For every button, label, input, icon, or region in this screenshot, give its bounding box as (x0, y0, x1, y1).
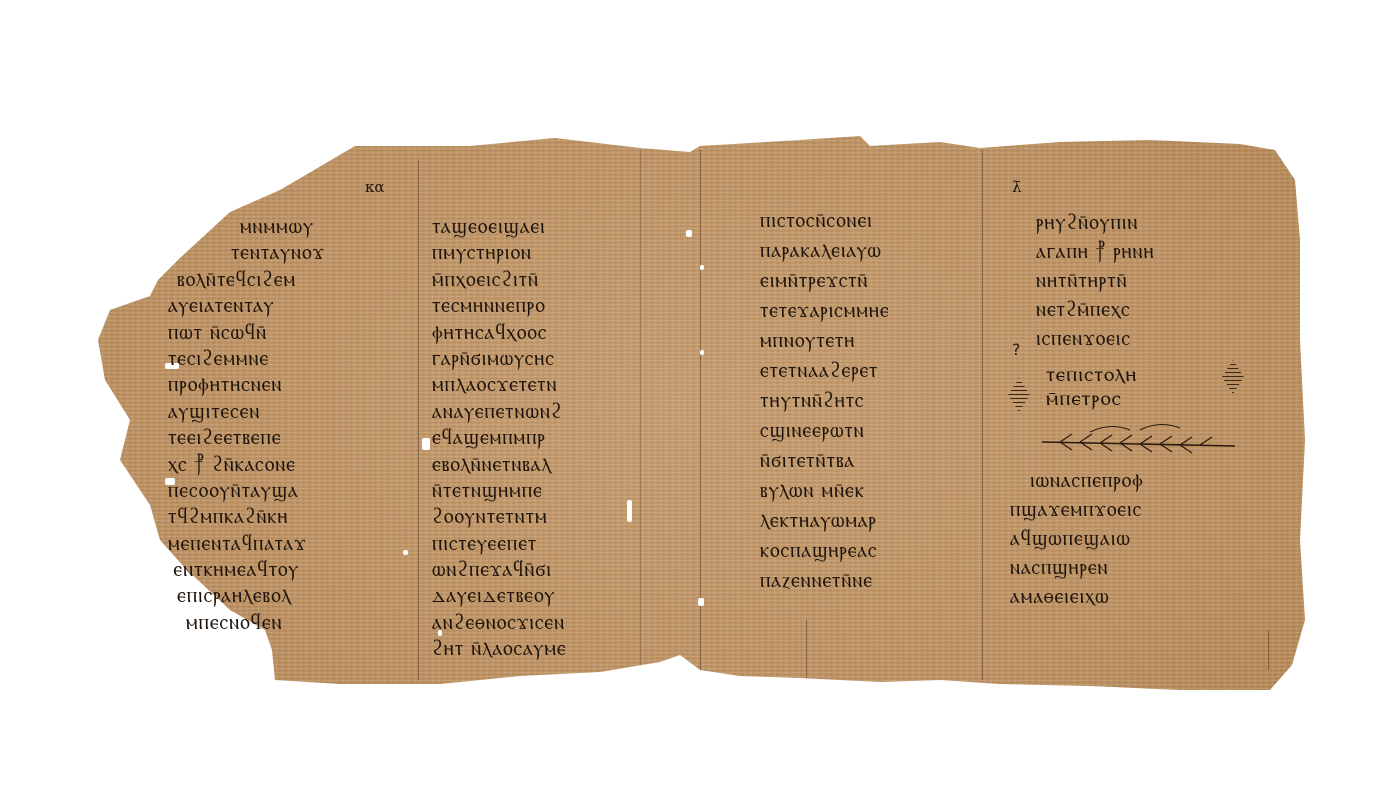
page-number-left: κα (365, 178, 385, 196)
crack-line (1268, 630, 1269, 670)
text-line: ⲧⲉⲥⲙⲏⲛⲛⲉⲡⲣⲟ (432, 293, 567, 319)
text-line: ⲥϣⲓⲛⲉⲉⲣⲱⲧⲛ (760, 416, 890, 446)
text-column-4-bottom: ⲓⲱⲛⲁⲥⲡⲉⲡⲣⲟⲫ ⲡϣⲁϫⲉⲙⲡϫⲟⲉⲓⲥ ⲁϥϣⲱⲡⲉϣⲁⲓⲱ ⲛⲁⲥⲡ… (1030, 466, 1157, 611)
question-mark-glyph: ? (1012, 340, 1021, 359)
kollesis-seam (418, 160, 419, 680)
text-line: ⲱⲛϩⲡⲉϫⲁϥⲛ̄ϭⲓ (432, 557, 567, 583)
text-line: ⲙⲡⲗⲁⲟⲥϫⲉⲧⲉⲧⲛ (432, 372, 567, 398)
text-line: ⲧⲉⲧⲉϫⲁⲣⲓⲥⲙⲙⲏⲉ (760, 296, 890, 326)
text-line: ⲡⲁⲣⲁⲕⲁⲗⲉⲓⲁⲩⲱ (760, 236, 890, 266)
papyrus-hole (698, 598, 704, 606)
text-line: ⲧⲏⲩⲧⲛⲛ̄ϩⲏⲧⲥ (760, 386, 890, 416)
text-line: ⲡⲓⲥⲧⲟⲥⲛ̄ⲥⲟⲛⲉⲓ (760, 206, 890, 236)
text-line: ϩⲟⲟⲩⲛⲧⲉⲧⲛⲧⲙ (432, 504, 567, 530)
text-line: ⲇⲁⲩⲉⲓⲇⲉⲧⲃⲉⲟⲩ (432, 583, 567, 609)
subscription-title-line-2: ⲙ̄ⲡⲉⲧⲣⲟⲥ (1046, 386, 1122, 411)
palm-branch-ornament-icon (1040, 420, 1240, 456)
text-line: ⲁⲅⲁⲡⲏ ⳨ ⲣⲏⲛⲏ (1036, 237, 1154, 266)
papyrus-hole (686, 230, 692, 237)
text-line: ⲫⲏⲧⲏⲥⲁϥⲭⲟⲟⲥ (432, 320, 567, 346)
crack-line (806, 620, 807, 680)
text-line: ⲛⲁⲥⲡϣⲏⲣⲉⲛ (1010, 553, 1142, 582)
text-line: ⲡⲉⲥⲟⲟⲩⲛ̄ⲧⲁⲩϣⲁ (168, 478, 325, 504)
text-line: ⲁⲛϩⲉⲑⲛⲟⲥϫⲓⲥⲉⲛ (432, 610, 567, 636)
kollesis-seam (640, 150, 641, 670)
kollesis-seam (982, 150, 983, 680)
text-line: ϩⲏⲧ ⲛ̄ⲗⲁⲟⲥⲁⲩⲙⲉ (432, 636, 567, 662)
text-line: ⲛⲉⲧϩⲙ̄ⲡⲉⲭⲥ (1036, 295, 1154, 324)
text-line: ⲉⲡⲓⲥⲣⲁⲏⲗⲉⲃⲟⲗ (168, 583, 325, 609)
text-line: ⲉⲃⲟⲗⲛ̄ⲛⲉⲧⲛⲃⲁⲗ (432, 452, 567, 478)
text-line: ⲓⲥⲡⲉⲛϫⲟⲉⲓⲥ (1036, 324, 1154, 353)
text-line: ⲧⲉⲛⲧⲁⲩⲛⲟϫ (168, 240, 325, 266)
text-line: ⲅⲁⲣⲛ̄ϭⲓⲙⲱⲩⲥⲏⲥ (432, 346, 567, 372)
text-column-1: ⲙⲛⲙⲙⲱⲩ ⲧⲉⲛⲧⲁⲩⲛⲟϫ ⲃⲟⲗⲛ̄ⲧⲉϥⲥⲓϩⲉⲙ ⲁⲩⲉⲓⲁⲧⲉⲛⲧ… (168, 214, 342, 636)
text-line: ⲡⲓⲥⲧⲉⲩⲉⲉⲡⲉⲧ (432, 531, 567, 557)
text-line: ⲛ̄ⲧⲉⲧⲛϣⲏⲙⲡⲉ (432, 478, 567, 504)
subscription-title-line-1: ⲧⲉⲡⲓⲥⲧⲟⲗⲏ (1046, 362, 1137, 387)
text-line: ⲛ̄ϭⲓⲧⲉⲧⲛ̄ⲧⲃⲁ (760, 446, 890, 476)
text-line: ⲁⲩϣⲓⲧⲉⲥⲉⲛ (168, 399, 325, 425)
papyrus-hole (422, 438, 430, 450)
text-line: ⲗⲉⲕⲧⲏⲁⲩⲱⲙⲁⲣ (760, 506, 890, 536)
papyrus-hole (403, 550, 408, 555)
text-line: ⲉⲓⲙⲛ̄ⲧⲣⲉϫⲥⲧⲛ̄ (760, 266, 890, 296)
text-line: ⲁⲩⲉⲓⲁⲧⲉⲛⲧⲁⲩ (168, 293, 325, 319)
page-number-right: λ̄ (1012, 178, 1022, 196)
text-line: ⲛⲏⲧⲛ̄ⲧⲏⲣⲧⲛ̄ (1036, 266, 1154, 295)
text-line: ⲁⲙⲁⲑⲉⲓⲉⲓⲭⲱ (1010, 582, 1142, 611)
text-line: ⲧⲉⲥⲓϩⲉⲙⲙⲛⲉ (168, 346, 325, 372)
text-line: ⲣⲏⲩϩⲛ̄ⲟⲩⲡⲓⲛ (1036, 208, 1154, 237)
text-line: ⲡⲣⲟⲫⲏⲧⲏⲥⲛⲉⲛ (168, 372, 325, 398)
text-column-4-top: ⲣⲏⲩϩⲛ̄ⲟⲩⲡⲓⲛ ⲁⲅⲁⲡⲏ ⳨ ⲣⲏⲛⲏ ⲛⲏⲧⲛ̄ⲧⲏⲣⲧⲛ̄ ⲛⲉⲧ… (1036, 208, 1168, 353)
text-line: ⲙ̄ⲡⲭⲟⲉⲓⲥϩⲓⲧⲛ̄ (432, 267, 567, 293)
papyrus-hole (700, 350, 704, 355)
text-line: ⲡϣⲁϫⲉⲙⲡϫⲟⲉⲓⲥ (1010, 495, 1142, 524)
text-line: ⲓⲱⲛⲁⲥⲡⲉⲡⲣⲟⲫ (1030, 466, 1144, 495)
text-line: ⲧⲉⲉⲓϩⲉⲉⲧⲃⲉⲡⲉ (168, 425, 325, 451)
text-line: ⲕⲟⲥⲡⲁϣⲏⲣⲉⲁⲥ (760, 536, 890, 566)
text-line: ⲡⲙⲩⲥⲧⲏⲣⲓⲟⲛ (432, 240, 567, 266)
text-column-3: ⲡⲓⲥⲧⲟⲥⲛ̄ⲥⲟⲛⲉⲓ ⲡⲁⲣⲁⲕⲁⲗⲉⲓⲁⲩⲱ ⲉⲓⲙⲛ̄ⲧⲣⲉϫⲥⲧⲛ̄… (760, 206, 904, 596)
text-line: ⲃⲟⲗⲛ̄ⲧⲉϥⲥⲓϩⲉⲙ (168, 267, 325, 293)
text-line: ⲁϥϣⲱⲡⲉϣⲁⲓⲱ (1010, 524, 1142, 553)
text-line: ⲙⲡⲛⲟⲩⲧⲉⲧⲏ (760, 326, 890, 356)
text-line: ⲃⲩⲗⲱⲛ ⲙⲛ̄ⲉⲕ (760, 476, 890, 506)
text-line: ⲡⲁⲍⲉⲛⲛⲉⲧⲛ̄ⲛⲉ (760, 566, 890, 596)
text-line: ⲧⲁϣⲉⲟⲉⲓϣⲁⲉⲓ (432, 214, 567, 240)
text-line: ⲭⲥ ⳨ ϩⲛ̄ⲕⲁⲥⲟⲛⲉ (168, 452, 325, 478)
papyrus-hole (700, 265, 704, 270)
text-line: ⲙⲛⲙⲙⲱⲩ (168, 214, 325, 240)
text-line: ⲉⲛⲧⲕⲏⲙⲉⲁϥⲧⲟⲩ (168, 557, 325, 583)
text-line: ⲉⲧⲉⲧⲛⲁⲁϩⲉⲣⲉⲧ (760, 356, 890, 386)
text-line: ⲙⲡⲉⲥⲛⲟϥⲉⲛ (168, 610, 325, 636)
text-column-2: ⲧⲁϣⲉⲟⲉⲓϣⲁⲉⲓ ⲡⲙⲩⲥⲧⲏⲣⲓⲟⲛ ⲙ̄ⲡⲭⲟⲉⲓⲥϩⲓⲧⲛ̄ ⲧⲉⲥ… (432, 214, 582, 663)
text-line: ⲁⲛⲁⲩⲉⲡⲉⲧⲛⲱⲛϩ (432, 399, 567, 425)
fold-line (700, 150, 701, 670)
papyrus-hole (627, 500, 632, 522)
text-line: ⲙⲉⲡⲉⲛⲧⲁϥⲡⲁⲧⲁϫ (168, 531, 325, 557)
text-line: ⲧϥϩⲙⲡⲕⲁϩⲛ̄ⲕⲏ (168, 504, 325, 530)
text-line: ⲉϥⲁϣⲉⲙⲡⲙⲡⲣ (432, 425, 567, 451)
text-line: ⲡⲱⲧ ⲛ̄ⲥⲱϥⲛ̄ (168, 320, 325, 346)
